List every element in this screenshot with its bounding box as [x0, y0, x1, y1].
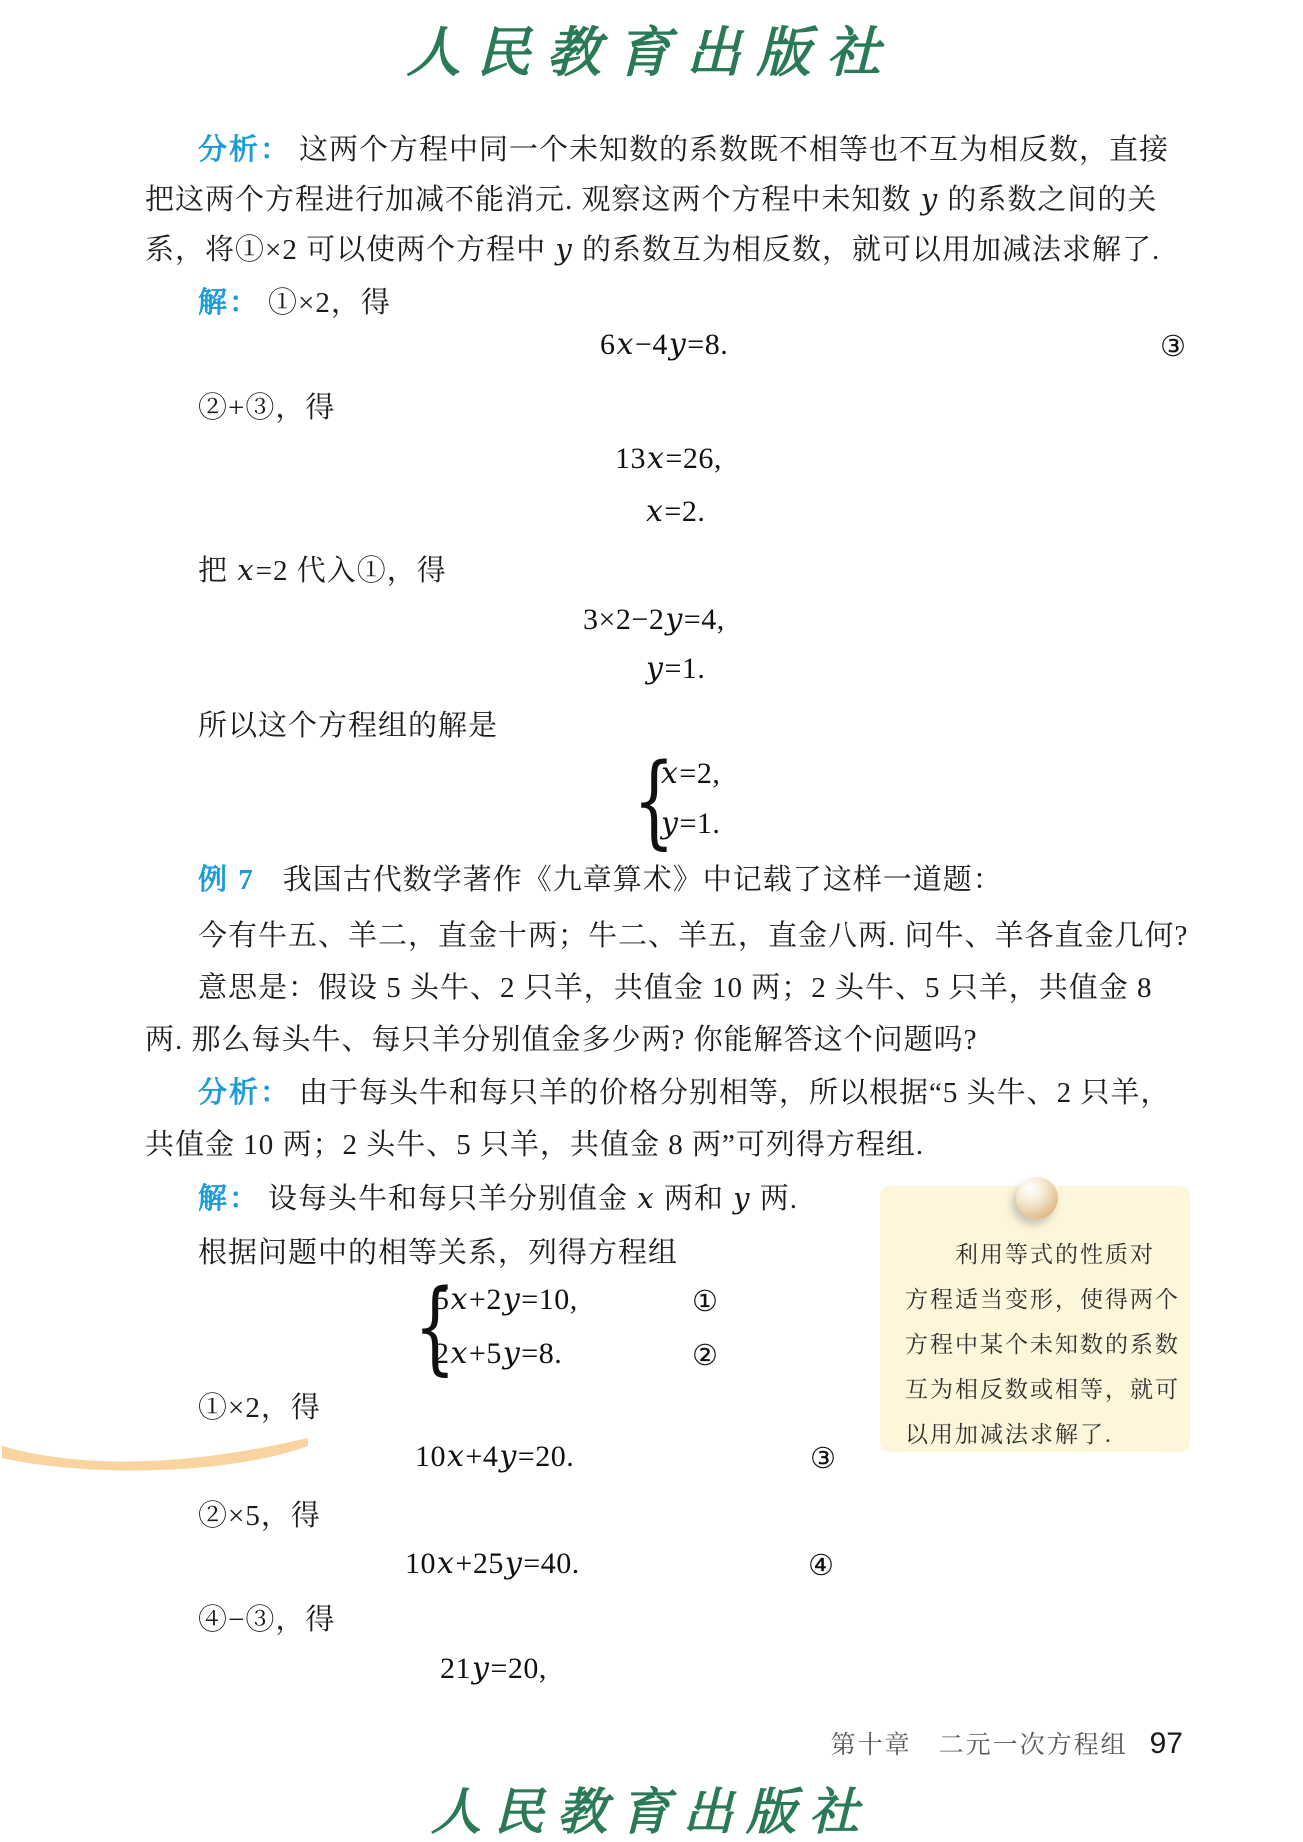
solution1-step1: 解：①×2，得	[198, 280, 391, 321]
example7-intro: 我国古代数学著作《九章算术》中记载了这样一道题：	[283, 864, 1003, 896]
page-footer: 第十章 二元一次方程组 97	[831, 1725, 1183, 1761]
solution2-step1: ①×2，得	[198, 1385, 321, 1426]
note-line-3: 方程中某个未知数的系数	[905, 1326, 1180, 1359]
equation-x-2: x=2.	[645, 494, 705, 529]
analysis2-text1: 由于每头牛和每只羊的价格分别相等，所以根据“5 头牛、2 只羊，	[299, 1077, 1170, 1109]
note-line-4: 互为相反数或相等，就可	[905, 1371, 1180, 1404]
solution1-conclusion: 所以这个方程组的解是	[198, 703, 498, 744]
note-line-5: 以用加减法求解了.	[905, 1416, 1113, 1449]
system1-row1: x=2,	[660, 756, 720, 791]
equation-6x-4y-8: 6x−4y=8.	[600, 327, 728, 362]
analysis1-line2: 把这两个方程进行加减不能消元. 观察这两个方程中未知数 y 的系数之间的关	[145, 177, 1157, 218]
solution2-step3: ④−③，得	[198, 1597, 335, 1638]
example7-classic-text: 今有牛五、羊二，直金十两；牛二、羊五，直金八两. 问牛、羊各直金几何?	[198, 913, 1188, 954]
note-line-1: 利用等式的性质对	[955, 1236, 1155, 1269]
equation-10x-25y-40: 10x+25y=40.	[405, 1546, 580, 1581]
example7-meaning1: 意思是：假设 5 头牛、2 只羊，共值金 10 两；2 头牛、5 只羊，共值金 …	[198, 965, 1153, 1006]
analysis1-text1: 这两个方程中同一个未知数的系数既不相等也不互为相反数，直接	[299, 134, 1169, 166]
pearl-pin-icon	[1016, 1177, 1058, 1219]
solution2-step2: ②×5，得	[198, 1493, 321, 1534]
publisher-logo-top: 人民教育出版社	[0, 10, 1303, 87]
analysis-label: 分析：	[198, 134, 291, 166]
analysis2-label: 分析：	[198, 1077, 291, 1109]
solution1-step2: ②+③，得	[198, 385, 335, 426]
analysis1-line1: 分析：这两个方程中同一个未知数的系数既不相等也不互为相反数，直接	[198, 127, 1169, 168]
system2-row1: 5x+2y=10,	[434, 1282, 578, 1317]
equation-tag-3: ③	[1160, 329, 1186, 364]
textbook-page: 人民教育出版社 分析：这两个方程中同一个未知数的系数既不相等也不互为相反数，直接…	[0, 0, 1303, 1842]
solution-label: 解：	[198, 287, 260, 319]
footer-chapter-title: 第十章 二元一次方程组	[831, 1725, 1128, 1761]
analysis1-line3: 系，将①×2 可以使两个方程中 y 的系数互为相反数，就可以用加减法求解了.	[145, 227, 1160, 268]
example7-heading: 例 7我国古代数学著作《九章算术》中记载了这样一道题：	[198, 857, 1003, 898]
system1-row2: y=1.	[660, 806, 720, 841]
system2-row2: 2x+5y=8.	[434, 1336, 562, 1371]
note-fold-corner	[2, 1438, 312, 1484]
equation-tag-3b: ③	[810, 1441, 836, 1476]
equation-tag-2: ②	[692, 1338, 718, 1373]
solution2-relation: 根据问题中的相等关系，列得方程组	[198, 1230, 678, 1271]
solution2-label: 解：	[198, 1183, 260, 1215]
equation-y-1: y=1.	[645, 651, 705, 686]
analysis2-line2: 共值金 10 两；2 头牛、5 只羊，共值金 8 两”可列得方程组.	[145, 1122, 924, 1163]
solution2-setup-text: 设每头牛和每只羊分别值金 x 两和 y 两.	[268, 1183, 798, 1215]
solution2-setup: 解：设每头牛和每只羊分别值金 x 两和 y 两.	[198, 1176, 798, 1217]
equation-3x2-2y-4: 3×2−2y=4,	[583, 602, 725, 637]
example7-label: 例 7	[198, 864, 255, 896]
equation-10x-4y-20: 10x+4y=20.	[415, 1439, 574, 1474]
publisher-logo-bottom: 人民教育出版社	[0, 1772, 1303, 1842]
equation-tag-1: ①	[692, 1284, 718, 1319]
equation-21y-20: 21y=20,	[440, 1651, 547, 1686]
note-line-2: 方程适当变形，使得两个	[905, 1281, 1180, 1314]
margin-note	[880, 1186, 1190, 1452]
analysis2-line1: 分析：由于每头牛和每只羊的价格分别相等，所以根据“5 头牛、2 只羊，	[198, 1070, 1170, 1111]
equation-13x-26: 13x=26,	[615, 441, 722, 476]
solution1-step3: 把 x=2 代入①，得	[198, 548, 447, 589]
example7-meaning2: 两. 那么每头牛、每只羊分别值金多少两? 你能解答这个问题吗?	[145, 1017, 978, 1058]
equation-tag-4: ④	[808, 1548, 834, 1583]
solution1-step1-text: ①×2，得	[268, 287, 391, 319]
footer-page-number: 97	[1150, 1727, 1183, 1761]
